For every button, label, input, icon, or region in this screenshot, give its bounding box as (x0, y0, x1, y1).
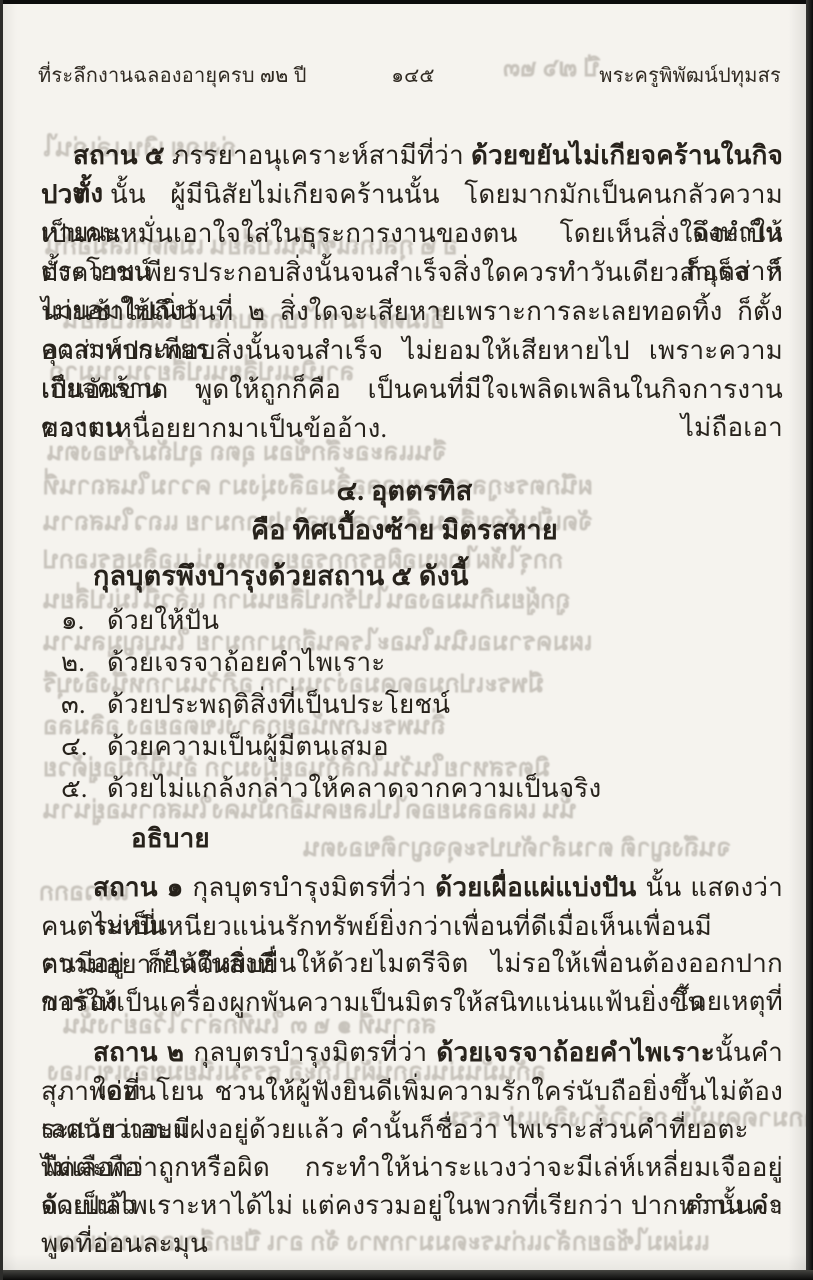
text-run: การให้เป็นเครื่องผูกพันความเป็นมิตรให้สน… (41, 988, 705, 1017)
text-run: สถาน ๕ (73, 141, 172, 170)
text-run: ด้วยเผื่อแผ่แบ่งปัน (435, 873, 636, 902)
scan-edge-left (0, 0, 3, 1280)
text-run: ภรรยาอนุเคราะห์สามีที่ว่า (172, 141, 471, 170)
scan-edge-bottom (0, 1270, 813, 1280)
text-line: ความเหนื่อยยากมาเป็นข้ออ้าง. (41, 410, 783, 448)
text-run: ๒. (61, 644, 107, 682)
text-run: ๕. (61, 770, 107, 808)
text-run: คือ ทิศเบื้องซ้าย มิตรสหาย (251, 515, 558, 545)
page-body: สถาน ๕ ภรรยาอนุเคราะห์สามีที่ว่า ด้วยขยั… (3, 4, 806, 1270)
text-line: ๔. อุตตรทิส (3, 472, 806, 510)
text-run: สถาน ๑ (93, 873, 183, 902)
text-run: กุลบุตรบำรุงมิตรที่ว่า (183, 873, 435, 902)
text-run: ด้วยเจรจาถ้อยคำไพเราะ (107, 648, 385, 677)
text-run: อธิบาย (131, 824, 210, 853)
text-line: ๑.ด้วยให้ปัน (61, 602, 219, 640)
text-line: ๔.ด้วยความเป็นผู้มีตนเสมอ (61, 728, 389, 766)
text-run: ด้วยเจรจาถ้อยคำไพเราะ (436, 1038, 714, 1067)
text-line: ๒.ด้วยเจรจาถ้อยคำไพเราะ (61, 644, 385, 682)
text-run: จัดเป็นไพเราะหาได้ไม่ แต่คงรวมอยู่ในพวกท… (41, 1191, 783, 1258)
text-run: สถาน ๒ (93, 1038, 184, 1067)
text-run: ๓. (61, 686, 107, 724)
scan-edge-top (0, 0, 813, 4)
text-run: ด้วยให้ปัน (107, 606, 219, 635)
text-run: ด้วยไม่แกล้งกล่าวให้คลาดจากความเป็นจริง (107, 774, 601, 803)
text-line: ๕.ด้วยไม่แกล้งกล่าวให้คลาดจากความเป็นจริ… (61, 770, 601, 808)
text-run: ๔. อุตตรทิส (337, 476, 473, 506)
text-line: การให้เป็นเครื่องผูกพันความเป็นมิตรให้สน… (41, 984, 783, 1022)
text-run: ปวง (41, 180, 85, 209)
text-line: กุลบุตรพึงบำรุงด้วยสถาน ๕ ดังนี้ (93, 557, 469, 595)
text-line: จัดเป็นไพเราะหาได้ไม่ แต่คงรวมอยู่ในพวกท… (41, 1187, 783, 1263)
text-line: อธิบาย (131, 820, 210, 858)
text-run: ๔. (61, 728, 107, 766)
scanned-page: ปี ๗๖ ๒๓ก่งเกย เงิน เล่เก่นไอ ๒ กุลเกณฑ์… (3, 4, 806, 1270)
text-line: ๓.ด้วยประพฤติสิ่งที่เป็นประโยชน์ (61, 686, 450, 724)
text-run: ด้วยความเป็นผู้มีตนเสมอ (107, 732, 389, 761)
text-run: กุลบุตรพึงบำรุงด้วยสถาน ๕ ดังนี้ (93, 561, 469, 591)
text-run: กุลบุตรบำรุงมิตรที่ว่า (184, 1038, 436, 1067)
text-line: คือ ทิศเบื้องซ้าย มิตรสหาย (3, 511, 806, 549)
text-run: ด้วยประพฤติสิ่งที่เป็นประโยชน์ (107, 690, 450, 719)
text-run: ความเหนื่อยยากมาเป็นข้ออ้าง. (41, 414, 387, 443)
text-run: ๑. (61, 602, 107, 640)
scan-edge-right (806, 0, 813, 1280)
